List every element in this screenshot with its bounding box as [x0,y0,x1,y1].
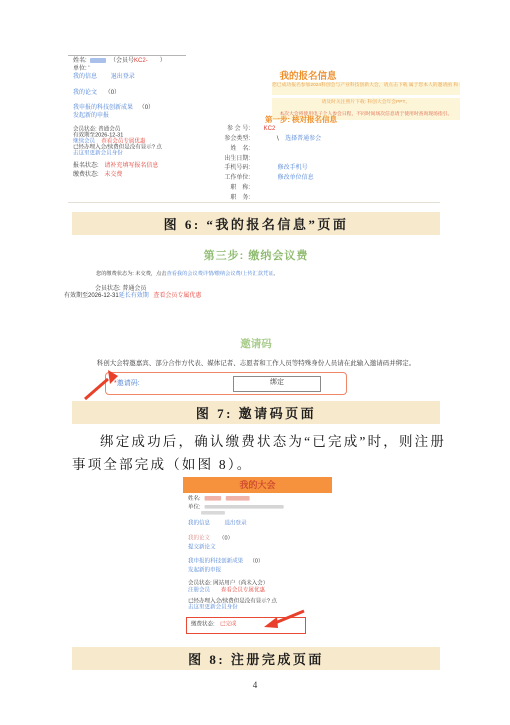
redacted-name [205,496,222,501]
field-label: 手机号码: [198,165,250,172]
annotation-arrow-icon [81,369,119,402]
reg-status-label: 报名状态: [73,163,99,169]
account-links-row: 我的信息 退出登录 [188,521,247,527]
member-status-line: 会员状态: 普通会员 [95,286,146,293]
notice-box-1: 您已成功报名参加2024科创会与产业科技创新大会，请点击下载 属于您本人的邀请函… [272,82,460,95]
pay-status-suffix: 。 [273,271,278,277]
divider [68,202,440,203]
notice-text-2a: 请及时关注照片下载: 科创大会年会PPT。 [272,99,460,105]
achievements-row: 我申报的科技创新成果 （0） [73,105,154,112]
logout-link[interactable]: 退出登录 [225,521,247,527]
papers-count: （0） [219,536,233,542]
my-papers-link[interactable]: 我的论文 [188,536,210,542]
member-no-prefix: （会员号 [110,58,134,64]
user-name-row: 姓名: [188,496,250,503]
name-label: 姓名: [73,58,87,64]
achievements-count: （0） [139,105,154,111]
user-name-row: 姓名: （会员号KC2-） [73,58,166,65]
field-label: 职 称: [198,185,250,192]
bind-button[interactable]: 绑定 [233,376,321,392]
benefit-link[interactable]: 查看会员专属优惠 [153,293,201,299]
pay-detail-link[interactable]: 查看我的会议费详情/缴纳会议费/上传汇款凭证 [166,271,273,277]
my-papers-link[interactable]: 我的论文 [73,90,97,96]
member-no-suffix: ） [160,58,166,64]
step3-heading: 第三步: 缴纳会议费 [72,247,440,263]
unit-label: 单位: [188,505,201,511]
edit-unit-link[interactable]: 修改单位信息 [278,175,314,181]
member-status-line: 会员状态: 网站用户（尚未入会） [188,581,268,587]
achievements-link[interactable]: 我申报的科技创新成果 [188,559,243,565]
step1-heading: 第一步: 核对报名信息 [231,114,371,125]
field-row-name: 姓 名: [198,146,250,153]
pay-status-value: 已完成 [220,622,237,628]
register-member-link[interactable]: 注册会员 [188,588,210,594]
annotation-arrow-icon [261,607,307,632]
member-links-row: 注册会员 查看会员专属优惠 [188,588,265,594]
valid-until-line: 有效期至2026-12-31延长有效期 查看会员专属优惠 [64,293,201,300]
field-row-birthdate: 出生日期: [198,156,250,163]
page-number: 4 [0,680,510,690]
invite-description: 科创大会特邀嘉宾、部分合作方代表、媒体记者、志愿者和工作人员等特殊身份人员请在此… [72,358,440,367]
edit-phone-link[interactable]: 修改手机号 [278,165,308,171]
pay-status-label: 缴费状态: [191,622,215,628]
field-label: 参会类型: [198,136,250,143]
field-label: 出生日期: [198,156,250,163]
update-hint-link[interactable]: 击这里更新会员身份 [188,605,238,611]
pay-status-value: 未交费 [104,172,122,178]
new-apply-link[interactable]: 发起新的申报 [188,568,221,574]
papers-row: 我的论文 （0） [188,536,233,542]
notice-text-1: 您已成功报名参加2024科创会与产业科技创新大会，请点击下载 属于您本人的邀请函… [272,82,460,88]
unit-row: 单位: ' [73,66,89,73]
extend-validity-link[interactable]: 延长有效期 [119,293,149,299]
field-row-phone: 手机号码: 修改手机号 [198,165,308,172]
field-row-workunit: 工作单位: 修改单位信息 [198,175,314,182]
body-paragraph-line2: 事项全部完成（如图 8）。 [72,453,440,473]
reg-status-row: 报名状态: 请补充填写报名信息 [73,163,158,170]
field-row-attend-type: 参会类型: ∖ 选择普通参会 [198,136,321,143]
pay-status-label: 缴费状态: [73,172,99,178]
redacted-name2 [226,496,250,501]
attendee-no-value: KC2 [264,126,276,132]
fig6-screenshot: 姓名: （会员号KC2-） 单位: ' 我的信息 退出登录 我的论文 （0） 我… [68,54,460,208]
invite-code-label: 邀请码: [117,380,140,387]
update-hint-link[interactable]: 击这里更新会员身份 [73,151,123,157]
pay-status-prefix: 您的缴费状态为: 未交费，点击 [96,271,166,277]
field-label: 工作单位: [198,175,250,182]
field-row-position: 职 务: [198,195,250,202]
my-info-link[interactable]: 我的信息 [73,74,97,80]
choose-type-link[interactable]: 选择普通参会 [285,136,321,142]
fig6-caption: 图 6: “我的报名信息”页面 [72,212,440,235]
papers-count: （0） [105,90,120,96]
fig8-caption: 图 8: 注册完成页面 [72,647,440,670]
invite-heading: 邀请码 [72,336,440,351]
member-no-code: KC2- [134,58,148,64]
invite-code-input[interactable] [166,377,228,389]
achievements-row: 我申报的科技创新成果 （0） [188,559,263,565]
renew-member-link[interactable]: 继续会员 [73,139,95,145]
benefit-link[interactable]: 查看会员专属优惠 [101,139,145,145]
redacted-name [90,58,106,63]
reg-status-value: 请补充填写报名信息 [104,163,158,169]
dropdown-mark-icon: ∖ [276,136,280,142]
fig8-screenshot: 我的大会 姓名: 单位: 我的信息 退出登录 我的论文 （0） 提交新论文 我申… [183,477,332,640]
new-apply-link[interactable]: 发起新的申报 [73,113,109,120]
divider [68,55,186,56]
submit-paper-link[interactable]: 提交新论文 [188,545,216,551]
unit-row-2 [201,511,225,517]
name-label: 姓名: [188,496,201,502]
my-conference-header: 我的大会 [183,477,332,493]
benefit-link[interactable]: 查看会员专属优惠 [221,588,265,594]
field-row-attendee-no: 参 会 号: KC2 [198,126,275,133]
body-paragraph-line1: 绑定成功后，确认缴费状态为“已完成”时，则注册 [72,430,440,450]
document-page: 姓名: （会员号KC2-） 单位: ' 我的信息 退出登录 我的论文 （0） 我… [0,0,510,725]
papers-row: 我的论文 （0） [73,90,120,97]
pay-status-row: 缴费状态: 已完成 [191,622,236,628]
pay-status-row: 缴费状态: 未交费 [73,172,122,179]
my-info-link[interactable]: 我的信息 [188,521,210,527]
valid-until-text: 有效期至2026-12-31 [64,293,119,299]
redacted-unit [205,505,284,509]
achievements-count: （0） [249,559,263,565]
field-label: 姓 名: [198,146,250,153]
pay-status-line: 您的缴费状态为: 未交费，点击查看我的会议费详情/缴纳会议费/上传汇款凭证。 [96,269,496,284]
account-links-row: 我的信息 退出登录 [73,74,135,81]
fig7-caption: 图 7: 邀请码页面 [72,401,440,424]
field-label: 参 会 号: [198,126,250,133]
invite-code-field-box: *邀请码: 绑定 [105,372,347,395]
field-row-title: 职 称: [198,185,250,192]
logout-link[interactable]: 退出登录 [111,74,135,80]
field-label: 职 务: [198,195,250,202]
achievements-link[interactable]: 我申报的科技创新成果 [73,105,133,111]
registration-title: 我的报名信息 [243,68,373,82]
redacted-unit2 [201,511,225,515]
